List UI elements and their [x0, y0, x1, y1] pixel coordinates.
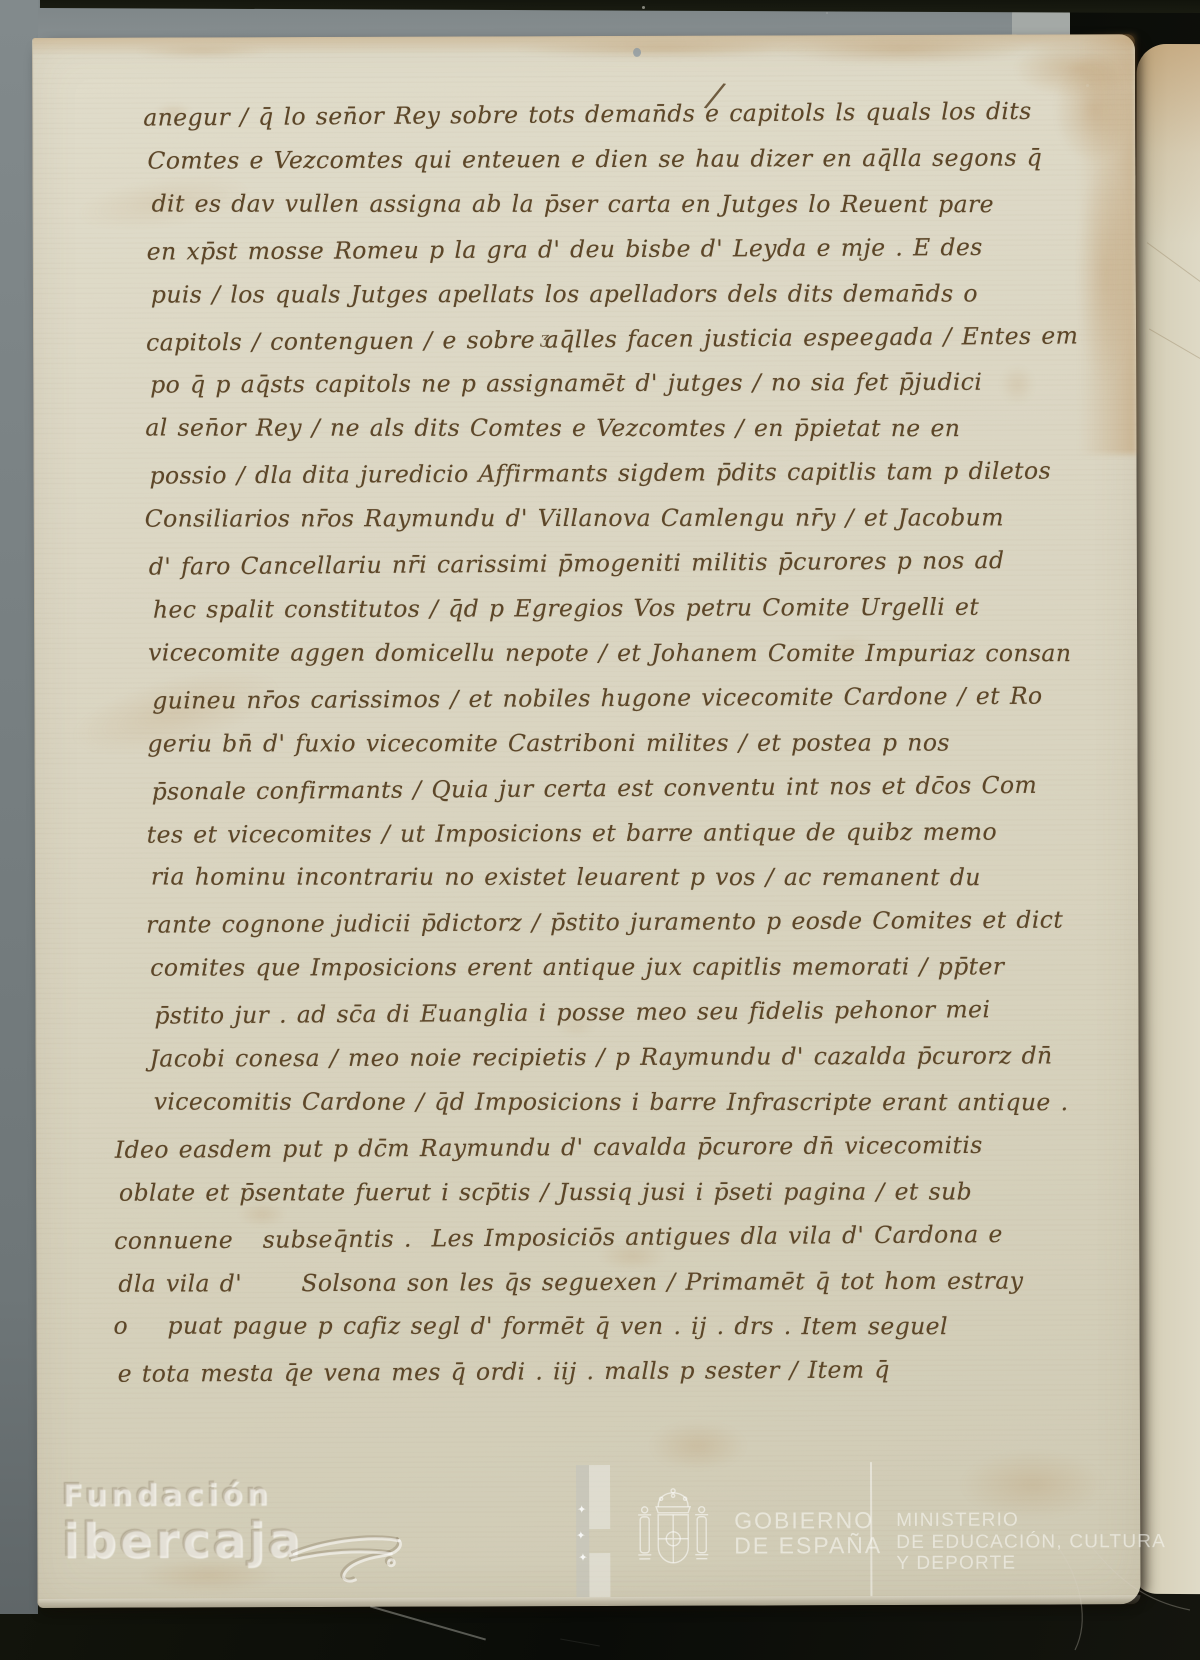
ribbon-panel [589, 1553, 610, 1597]
manuscript-page: ∕ ʒ anegur / q̄ lo sen̄or Rey sobre tots… [32, 34, 1140, 1608]
manuscript-line: Ideo easdem put p dc̄m Raymundu d' caval… [115, 1122, 1131, 1173]
gobierno-line1: GOBIERNO [734, 1508, 882, 1534]
manuscript-line: en xp̄st mosse Romeu p la gra d' deu bis… [147, 224, 1128, 274]
watermark-gobierno-text: GOBIERNO DE ESPAÑA [734, 1508, 882, 1559]
manuscript-line: tes et vicecomites / ut Imposicions et b… [147, 809, 1130, 857]
manuscript-line: p̄sonale confirmants / Quia jur certa es… [151, 762, 1129, 814]
manuscript-line: geriu bn̄ d' fuxio vicecomite Castriboni… [147, 720, 1129, 766]
ministerio-line1: MINISTERIO [896, 1509, 1166, 1531]
photograph-of-manuscript: ∕ ʒ anegur / q̄ lo sen̄or Rey sobre tots… [0, 0, 1200, 1660]
manuscript-line: anegur / q̄ lo sen̄or Rey sobre tots dem… [143, 88, 1127, 140]
foxing-stain [773, 35, 1033, 66]
spain-coat-of-arms-icon [628, 1485, 718, 1585]
manuscript-line: hec spalit constitutos / q̄d p Egregios … [153, 584, 1129, 632]
manuscript-line: dit es dav vullen assigna ab la p̄ser ca… [152, 181, 1128, 227]
flag-ribbon-icon: ✦ ✦ ✦ [576, 1465, 610, 1597]
manuscript-line: guineu nr̄os carissimos / et nobiles hug… [152, 673, 1129, 723]
manuscript-text: anegur / q̄ lo sen̄or Rey sobre tots dem… [147, 90, 1132, 1396]
manuscript-line: d' faro Cancellariu nr̄i carissimi p̄mog… [149, 537, 1129, 589]
foxing-stain [133, 43, 273, 59]
manuscript-line: oblate et p̄sentate fuerut i scp̄tis / J… [119, 1169, 1131, 1215]
manuscript-line: ria hominu incontrariu no existet leuare… [151, 855, 1130, 901]
manuscript-line: puis / los quals Jutges apellats los ape… [151, 271, 1128, 317]
manuscript-line: rante cognone judicii p̄dictorz / p̄stit… [146, 897, 1130, 947]
manuscript-line: o puat pague p cafiz segl d' formēt q̄ v… [113, 1304, 1131, 1350]
manuscript-line: capitols / contenguen / e sobre aq̄lles … [146, 313, 1128, 365]
manuscript-line: al sen̄or Rey / ne als dits Comtes e Vez… [145, 406, 1128, 452]
watermark-fundacion-text: Fundación [62, 1477, 303, 1513]
manuscript-line: Jacobi conesa / meo noie recipietis / p … [149, 1033, 1130, 1081]
manuscript-line: possio / dla dita juredicio Affirmants s… [149, 448, 1128, 498]
scratch-mark [370, 1606, 486, 1641]
manuscript-line: p̄stito jur . ad sc̄a di Euanglia i poss… [154, 986, 1130, 1038]
watermark-ibercaja-text: ibercaja [62, 1512, 303, 1569]
dust-speck [826, 12, 828, 14]
star-icon: ✦ [578, 1553, 587, 1564]
dust-speck [642, 6, 645, 9]
ibercaja-bird-icon [288, 1513, 408, 1593]
foxing-stain [1131, 44, 1200, 1594]
gobierno-line2: DE ESPAÑA [734, 1533, 882, 1559]
manuscript-line: comites que Imposicions erent antique ju… [150, 944, 1130, 990]
watermark-divider [870, 1462, 872, 1596]
manuscript-line: Consiliarios nr̄os Raymundu d' Villanova… [145, 495, 1129, 541]
foxing-stain [513, 37, 813, 60]
manuscript-line: po q̄ p aq̄sts capitols ne p assignamēt … [150, 360, 1128, 408]
ink-speck [633, 48, 641, 57]
facing-page-edge [1131, 44, 1200, 1594]
dust-speck [1086, 84, 1089, 87]
ribbon-panel [589, 1465, 610, 1529]
watermark-fundacion-ibercaja: Fundación ibercaja [62, 1477, 303, 1569]
manuscript-line: connuene subseq̄ntis . Les Imposiciōs an… [114, 1211, 1131, 1264]
manuscript-line: dla vila d' Solsona son les q̄s seguexen… [118, 1258, 1131, 1306]
star-icon: ✦ [577, 1505, 586, 1516]
manuscript-line: vicecomitis Cardone / q̄d Imposicions i … [154, 1079, 1131, 1125]
star-icon: ✦ [576, 1531, 585, 1542]
manuscript-line: e tota mesta q̄e vena mes q̄ ordi . iij … [118, 1346, 1132, 1397]
manuscript-line: Comtes e Vezcomtes qui enteuen e dien se… [147, 135, 1127, 183]
stray-fibers [1030, 1540, 1200, 1660]
manuscript-line: vicecomite aggen domicellu nepote / et J… [148, 630, 1129, 676]
